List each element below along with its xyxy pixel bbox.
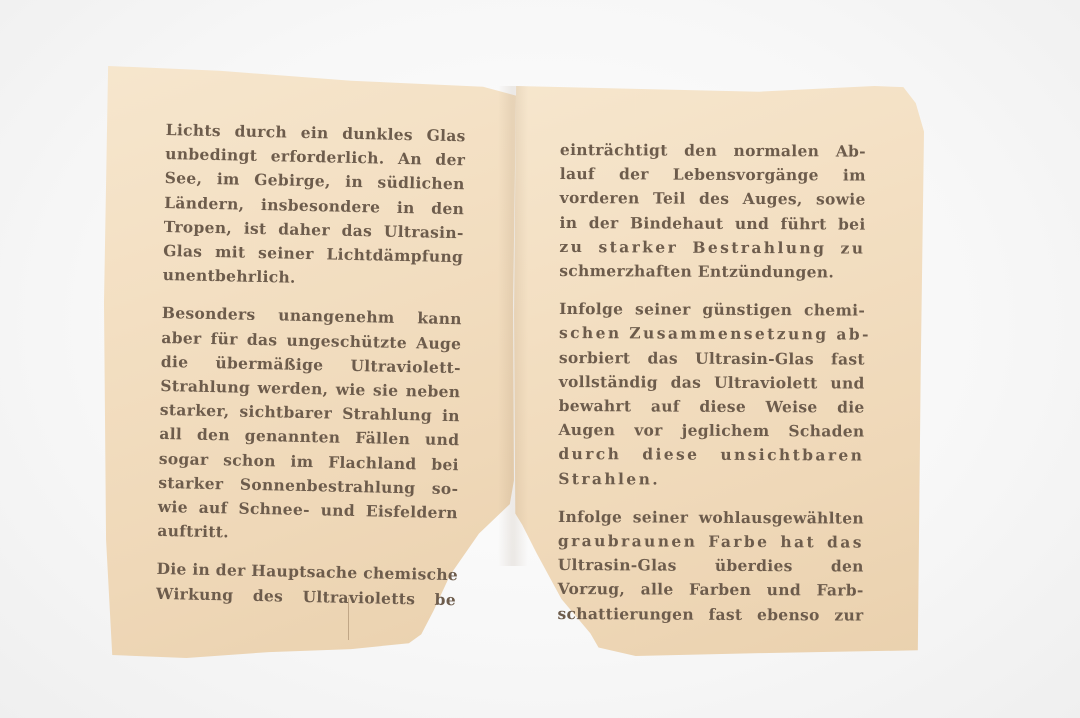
text-line: Infolge seiner günstigen chemi-: [559, 297, 865, 323]
left-page-text: Lichts durch ein dunkles Glas unbedingt …: [155, 118, 465, 626]
text-line: schmerzhaften Entzündungen.: [559, 259, 865, 285]
text-line: lauf der Lebensvorgänge im: [560, 162, 866, 188]
text-line: bewahrt auf diese Weise die: [559, 394, 865, 420]
text-line: Vorzug, alle Farben und Farb-: [558, 577, 864, 603]
text-line: schattierungen fast ebenso zur: [557, 602, 863, 628]
text-line: einträchtigt den normalen Ab-: [560, 138, 866, 164]
text-line: zu starker Bestrahlung zu: [559, 235, 865, 261]
paragraph: Infolge seiner wohlausgewählten graubrau…: [557, 505, 864, 628]
text-line: Infolge seiner wohlausgewählten: [558, 505, 864, 531]
text-line: schen Zusammensetzung ab-: [559, 321, 865, 347]
text-line: sorbiert das Ultrasin-Glas fast: [559, 346, 865, 372]
paragraph: Die in der Hauptsache chemische Wirkung …: [156, 557, 457, 612]
text-line: graubraunen Farbe hat das: [558, 529, 864, 555]
text-line: durch diese unsichtbaren: [558, 442, 864, 468]
paragraph: einträchtigt den normalen Ab- lauf der L…: [559, 138, 866, 285]
paragraph: Besonders unangenehm kann aber für das u…: [157, 301, 462, 549]
text-line: in der Bindehaut und führt bei: [559, 211, 865, 237]
text-line: Ultrasin-Glas überdies den: [558, 553, 864, 579]
text-line: vollständig das Ultraviolett und: [559, 370, 865, 396]
paragraph: Lichts durch ein dunkles Glas unbedingt …: [162, 118, 465, 294]
right-page-text: einträchtigt den normalen Ab- lauf der L…: [557, 138, 866, 641]
paragraph: Infolge seiner günstigen chemi- schen Zu…: [558, 297, 865, 492]
text-line: Strahlen.: [558, 467, 864, 493]
text-line: vorderen Teil des Auges, sowie: [560, 186, 866, 212]
photo-scene: Lichts durch ein dunkles Glas unbedingt …: [0, 0, 1080, 718]
text-line: Augen vor jeglichem Schaden: [558, 418, 864, 444]
